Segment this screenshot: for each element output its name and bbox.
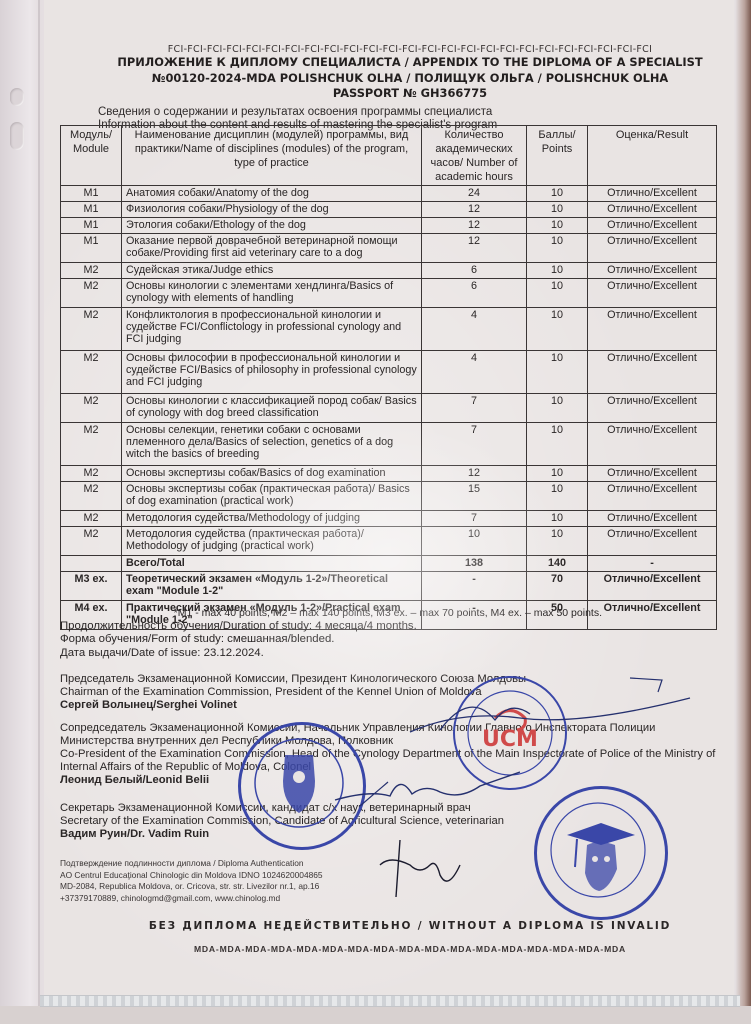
cell-result: Отлично/Excellent [588, 466, 717, 482]
cell-points: 10 [527, 482, 588, 511]
sleeve-edge [38, 0, 40, 1024]
cell-discipline: Методология судейства (практическая рабо… [122, 527, 422, 556]
table-row: M2Судейская этика/Judge ethics610Отлично… [61, 263, 717, 279]
cell-hours: 138 [422, 556, 527, 572]
study-info: Продолжительность обучения/Duration of s… [60, 620, 417, 660]
cell-module: M2 [61, 511, 122, 527]
cell-result: Отлично/Excellent [588, 186, 717, 202]
cell-module: M2 [61, 263, 122, 279]
cell-hours: 4 [422, 351, 527, 394]
table-row-exam: M3 ex.Теоретический экзамен «Модуль 1-2»… [61, 572, 717, 601]
table-row: M2Основы селекции, генетики собаки с осн… [61, 423, 717, 466]
cell-module: M1 [61, 218, 122, 234]
cell-discipline: Основы кинологии с классификацией пород … [122, 394, 422, 423]
table-row: M2Методология судейства (практическая ра… [61, 527, 717, 556]
copresident-signature [330, 760, 530, 820]
table-row: M1Физиология собаки/Physiology of the do… [61, 202, 717, 218]
table-row: M2Методология судейства/Methodology of j… [61, 511, 717, 527]
form-of-study: Форма обучения/Form of study: смешанная/… [60, 633, 417, 646]
sleeve-right-edge [735, 0, 751, 1024]
cell-hours: 12 [422, 202, 527, 218]
title-line-1: ПРИЛОЖЕНИЕ К ДИПЛОМУ СПЕЦИАЛИСТА / APPEN… [100, 55, 720, 71]
cell-module: M2 [61, 527, 122, 556]
cell-points: 10 [527, 186, 588, 202]
header-name: Наименование дисциплин (модулей) програм… [122, 126, 422, 186]
cell-hours: 7 [422, 394, 527, 423]
cell-result: Отлично/Excellent [588, 482, 717, 511]
cell-module: M2 [61, 308, 122, 351]
table-row: M1Этология собаки/Ethology of the dog121… [61, 218, 717, 234]
cell-module: M2 [61, 482, 122, 511]
cell-hours: 12 [422, 466, 527, 482]
cell-points: 10 [527, 308, 588, 351]
cell-points: 140 [527, 556, 588, 572]
disciplines-table: Модуль/ Module Наименование дисциплин (м… [60, 125, 717, 630]
auth-org: AO Centrul Educaţional Chinologic din Mo… [60, 870, 323, 882]
cell-hours: 12 [422, 234, 527, 263]
cell-points: 10 [527, 218, 588, 234]
cell-result: Отлично/Excellent [588, 511, 717, 527]
auth-title: Подтверждение подлинности диплома / Dipl… [60, 858, 323, 870]
invalid-notice: БЕЗ ДИПЛОМА НЕДЕЙСТВИТЕЛЬНО / WITHOUT A … [100, 920, 720, 932]
cell-result: Отлично/Excellent [588, 234, 717, 263]
cell-result: Отлично/Excellent [588, 308, 717, 351]
secretary-signature [370, 835, 470, 905]
cell-discipline: Анатомия собаки/Anatomy of the dog [122, 186, 422, 202]
table-row: M2Конфликтология в профессиональной кино… [61, 308, 717, 351]
table-row: M2Основы экспертизы собак (практическая … [61, 482, 717, 511]
cell-points: 10 [527, 394, 588, 423]
table-row: M2Основы кинологии с классификацией поро… [61, 394, 717, 423]
cell-points: 10 [527, 423, 588, 466]
cell-discipline: Основы экспертизы собак (практическая ра… [122, 482, 422, 511]
cell-points: 10 [527, 511, 588, 527]
cell-discipline: Основы философии в профессиональной кино… [122, 351, 422, 394]
cell-result: Отлично/Excellent [588, 423, 717, 466]
cell-points: 70 [527, 572, 588, 601]
mda-watermark-line: MDA-MDA-MDA-MDA-MDA-MDA-MDA-MDA-MDA-MDA-… [100, 944, 720, 954]
title-line-3: PASSPORT № GH366775 [100, 86, 720, 102]
cell-points: 10 [527, 279, 588, 308]
punch-hole [10, 122, 24, 150]
cell-discipline: Всего/Total [122, 556, 422, 572]
table-row-exam: Всего/Total138140- [61, 556, 717, 572]
cell-hours: 7 [422, 423, 527, 466]
cell-hours: 4 [422, 308, 527, 351]
auth-contacts: +37379170889, chinologmd@gmail.com, www.… [60, 893, 323, 905]
educational-center-stamp [534, 786, 668, 920]
cell-module: M2 [61, 466, 122, 482]
cell-points: 10 [527, 202, 588, 218]
title-line-2: №00120-2024-MDA POLISHCHUK OLHA / ПОЛИЩУ… [100, 71, 720, 87]
cell-points: 10 [527, 234, 588, 263]
cell-hours: 15 [422, 482, 527, 511]
table-body: M1Анатомия собаки/Anatomy of the dog2410… [61, 186, 717, 630]
cell-discipline: Основы селекции, генетики собаки с основ… [122, 423, 422, 466]
cell-discipline: Методология судейства/Methodology of jud… [122, 511, 422, 527]
cell-result: Отлично/Excellent [588, 202, 717, 218]
cell-discipline: Основы экспертизы собак/Basics of dog ex… [122, 466, 422, 482]
cell-module: M1 [61, 234, 122, 263]
cell-points: 10 [527, 351, 588, 394]
cell-result: Отлично/Excellent [588, 279, 717, 308]
cell-hours: - [422, 572, 527, 601]
sleeve-bottom-seam [40, 995, 740, 1007]
cell-result: - [588, 556, 717, 572]
cell-module: M3 ex. [61, 572, 122, 601]
cell-discipline: Теоретический экзамен «Модуль 1-2»/Theor… [122, 572, 422, 601]
cell-result: Отлично/Excellent [588, 527, 717, 556]
cell-module: M2 [61, 351, 122, 394]
cell-hours: 6 [422, 279, 527, 308]
points-footnote: *M1 - max 40 points, M2 – max 140 points… [60, 607, 717, 619]
table-row: M1Анатомия собаки/Anatomy of the dog2410… [61, 186, 717, 202]
header-points: Баллы/ Points [527, 126, 588, 186]
cell-result: Отлично/Excellent [588, 263, 717, 279]
cell-hours: 7 [422, 511, 527, 527]
cell-discipline: Судейская этика/Judge ethics [122, 263, 422, 279]
cell-discipline: Этология собаки/Ethology of the dog [122, 218, 422, 234]
header-hours: Количество академических часов/ Number o… [422, 126, 527, 186]
cell-discipline: Конфликтология в профессиональной киноло… [122, 308, 422, 351]
date-of-issue: Дата выдачи/Date of issue: 23.12.2024. [60, 647, 417, 660]
cell-discipline: Оказание первой доврачебной ветеринарной… [122, 234, 422, 263]
cell-module: M2 [61, 423, 122, 466]
cell-points: 10 [527, 466, 588, 482]
cell-hours: 6 [422, 263, 527, 279]
cell-module: M1 [61, 186, 122, 202]
cell-points: 10 [527, 527, 588, 556]
document-header: FCI-FCI-FCI-FCI-FCI-FCI-FCI-FCI-FCI-FCI-… [100, 44, 720, 102]
auth-address: MD-2084, Republica Moldova, or. Cricova,… [60, 881, 323, 893]
cell-hours: 12 [422, 218, 527, 234]
cell-result: Отлично/Excellent [588, 572, 717, 601]
dog-graduation-cap-icon [537, 789, 665, 917]
diploma-authentication: Подтверждение подлинности диплома / Dipl… [60, 858, 323, 904]
cell-discipline: Основы кинологии с элементами хендлинга/… [122, 279, 422, 308]
cell-module [61, 556, 122, 572]
cell-hours: 24 [422, 186, 527, 202]
table-row: M2Основы философии в профессиональной ки… [61, 351, 717, 394]
cell-hours: 10 [422, 527, 527, 556]
header-module: Модуль/ Module [61, 126, 122, 186]
cell-module: M2 [61, 394, 122, 423]
cell-points: 10 [527, 263, 588, 279]
cell-result: Отлично/Excellent [588, 351, 717, 394]
table-row: M2Основы кинологии с элементами хендлинг… [61, 279, 717, 308]
table-header-row: Модуль/ Module Наименование дисциплин (м… [61, 126, 717, 186]
table-row: M2Основы экспертизы собак/Basics of dog … [61, 466, 717, 482]
table-row: M1Оказание первой доврачебной ветеринарн… [61, 234, 717, 263]
chairman-signature [400, 670, 700, 740]
cell-module: M2 [61, 279, 122, 308]
intro-ru: Сведения о содержании и результатах осво… [98, 106, 497, 119]
duration-of-study: Продолжительность обучения/Duration of s… [60, 620, 417, 633]
cell-result: Отлично/Excellent [588, 218, 717, 234]
fci-watermark-line: FCI-FCI-FCI-FCI-FCI-FCI-FCI-FCI-FCI-FCI-… [100, 44, 720, 55]
cell-result: Отлично/Excellent [588, 394, 717, 423]
header-result: Оценка/Result [588, 126, 717, 186]
punch-hole [10, 88, 24, 106]
cell-discipline: Физиология собаки/Physiology of the dog [122, 202, 422, 218]
table-surface [0, 1006, 751, 1024]
cell-module: M1 [61, 202, 122, 218]
